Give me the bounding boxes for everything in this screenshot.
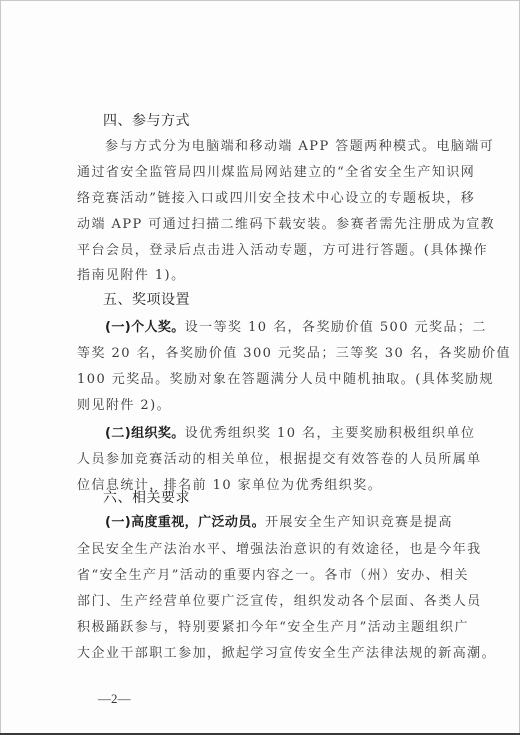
section-heading-requirements: 六、相关要求 — [103, 485, 493, 511]
paragraph-text: 设一等奖 10 名，各奖励价值 500 元奖品；二 — [185, 320, 487, 335]
paragraph-line: 参与方式分为电脑端和移动端 APP 答题两种模式。电脑端可 — [105, 134, 467, 160]
paragraph-line-mobilization: (一)高度重视，广泛动员。开展安全生产知识竞赛是提高 — [105, 510, 467, 536]
paragraph-line: 平台会员，登录后点击进入活动专题，方可进行答题。(具体操作 — [77, 238, 467, 264]
paragraph-line: 100 元奖品。奖励对象在答题满分人员中随机抽取。(具体奖励规 — [77, 367, 467, 393]
section-heading-participation: 四、参与方式 — [103, 108, 493, 134]
paragraph-line: 动端 APP 可通过扫描二维码下载安装。参赛者需先注册成为宣教 — [77, 212, 467, 238]
paragraph-line: 等奖 20 名，各奖励价值 300 元奖品；三等奖 30 名，各奖励价值 — [77, 341, 467, 367]
section-heading-awards: 五、奖项设置 — [103, 287, 493, 313]
paragraph-line: 指南见附件 1)。 — [77, 263, 467, 289]
paragraph-text: 设优秀组织奖 10 名，主要奖励积极组织单位 — [185, 426, 476, 441]
page-number: —2— — [98, 691, 131, 707]
paragraph-line-individual-award: (一)个人奖。设一等奖 10 名，各奖励价值 500 元奖品；二 — [105, 315, 467, 341]
lead-organization-award: (二)组织奖。 — [105, 426, 185, 441]
paragraph-line: 大企业干部职工参加，掀起学习宣传安全生产法律法规的新高潮。 — [77, 641, 467, 667]
paragraph-line-organization-award: (二)组织奖。设优秀组织奖 10 名，主要奖励积极组织单位 — [105, 421, 467, 447]
paragraph-line: 全民安全生产法治水平、增强法治意识的有效途径，也是今年我 — [77, 537, 467, 563]
lead-mobilization: (一)高度重视，广泛动员。 — [105, 515, 265, 530]
lead-individual-award: (一)个人奖。 — [105, 320, 185, 335]
paragraph-line: 通过省安全监管局四川煤监局网站建立的“全省安全生产知识网 — [77, 160, 467, 186]
paragraph-text: 开展安全生产知识竞赛是提高 — [265, 515, 453, 530]
paragraph-line: 积极踊跃参与，特别要紧扣今年“安全生产月”活动主题组织广 — [77, 615, 467, 641]
document-page: 四、参与方式 参与方式分为电脑端和移动端 APP 答题两种模式。电脑端可 通过省… — [0, 0, 520, 734]
paragraph-line: 人员参加竞赛活动的相关单位，根据提交有效答卷的人员所属单 — [77, 447, 467, 473]
paragraph-line: 部门、生产经营单位要广泛宣传，组织发动各个层面、各类人员 — [77, 589, 467, 615]
paragraph-line: 络竞赛活动”链接入口或四川安全技术中心设立的专题板块，移 — [77, 186, 467, 212]
paragraph-line: 省“安全生产月”活动的重要内容之一。各市（州）安办、相关 — [77, 563, 467, 589]
paragraph-line: 则见附件 2)。 — [77, 393, 467, 419]
